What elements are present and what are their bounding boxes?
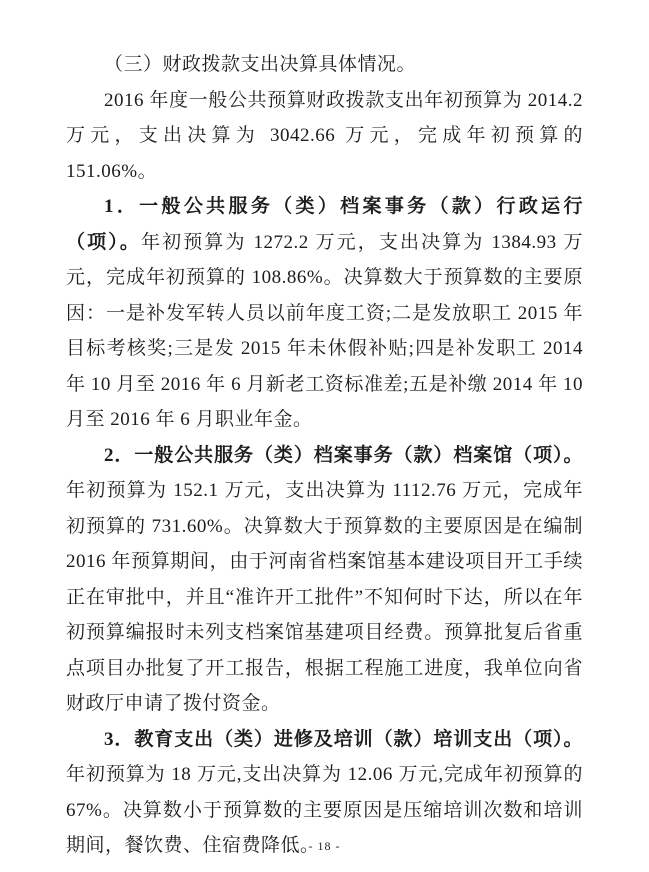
budget-item-2-title: 2．一般公共服务（类）档案事务（款）档案馆（项）。 [104, 445, 583, 466]
document-page: （三）财政拨款支出决算具体情况。 2016 年度一般公共预算财政拨款支出年初预算… [0, 0, 649, 872]
document-content: （三）财政拨款支出决算具体情况。 2016 年度一般公共预算财政拨款支出年初预算… [66, 47, 583, 864]
page-footer: - 18 - [0, 839, 649, 854]
budget-item-3-title: 3．教育支出（类）进修及培训（款）培训支出（项）。 [104, 729, 583, 750]
budget-item-2: 2．一般公共服务（类）档案事务（款）档案馆（项）。年初预算为 152.1 万元，… [66, 438, 583, 722]
budget-item-1: 1．一般公共服务（类）档案事务（款）行政运行（项）。年初预算为 1272.2 万… [66, 189, 583, 438]
page-number: - 18 - [309, 839, 341, 853]
budget-item-1-body: 年初预算为 1272.2 万元，支出决算为 1384.93 万元，完成年初预算的… [66, 232, 583, 431]
intro-paragraph: 2016 年度一般公共预算财政拨款支出年初预算为 2014.2 万元，支出决算为… [66, 83, 583, 190]
section-heading: （三）财政拨款支出决算具体情况。 [66, 47, 583, 83]
budget-item-2-body: 年初预算为 152.1 万元，支出决算为 1112.76 万元，完成年初预算的 … [66, 480, 583, 714]
